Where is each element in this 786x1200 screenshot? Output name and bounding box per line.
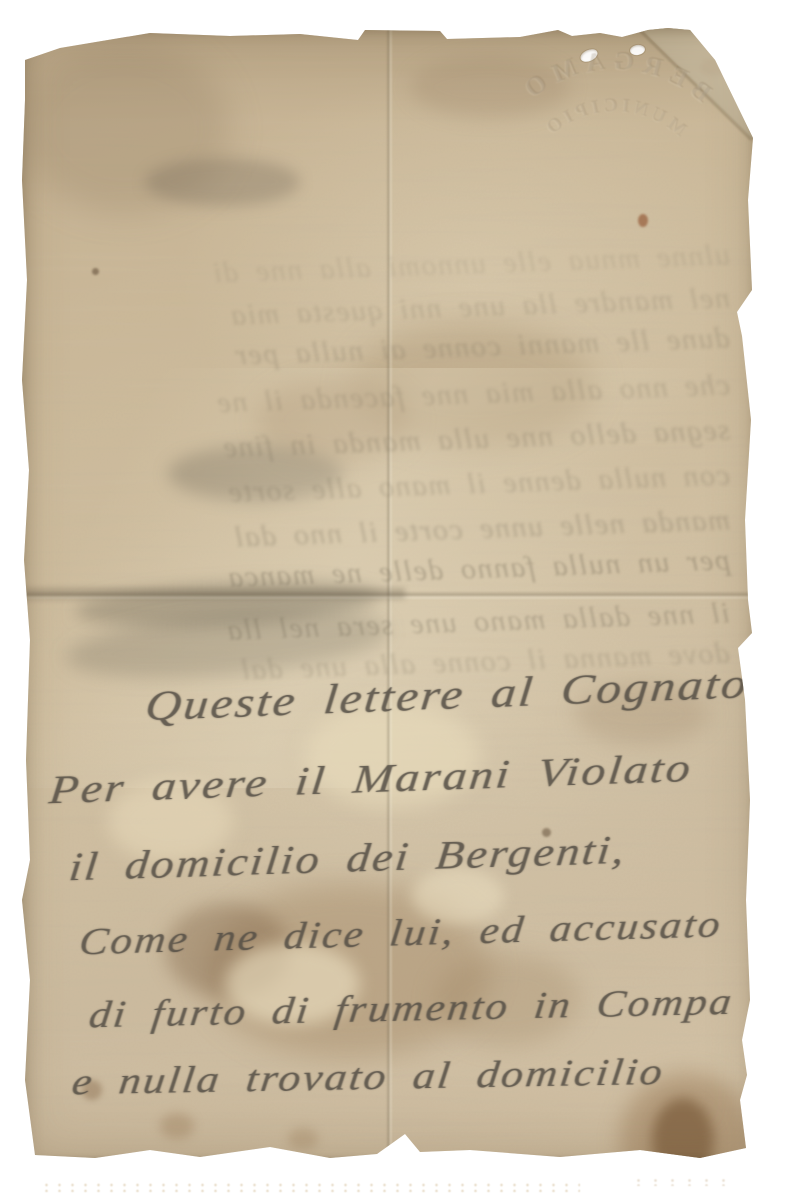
letter-page: BERGAMO MUNICIPIO ulnne mnua elle unnomi…: [20, 28, 755, 1162]
bleedthrough-line-illegible: per un nulla fanno delle ne manca: [60, 543, 731, 600]
stain: [575, 683, 710, 745]
bleedthrough-line-illegible: dove manna il conne alla une dal: [60, 636, 731, 693]
punch-hole: [579, 47, 600, 65]
svg-text:MUNICIPIO: MUNICIPIO: [540, 95, 691, 141]
handwriting-line: e nulla trovato al domicilio: [70, 1050, 667, 1104]
paper-texture: [20, 28, 755, 1162]
adjacent-page-edge-speckles: [40, 1182, 580, 1192]
vertical-fold-crease: [386, 28, 393, 1162]
smudge-scribble: [63, 599, 392, 689]
stain: [542, 828, 551, 837]
stain-bottom-band: [20, 1073, 755, 1162]
stain: [82, 1080, 102, 1100]
stain: [410, 56, 570, 118]
horizontal-fold-dark-left: [20, 588, 405, 599]
stain-bottom-right-core: [652, 1098, 714, 1183]
bleedthrough-line-illegible: ulnne mnua elle unnomi alla nne di: [60, 238, 731, 295]
stain: [700, 58, 728, 76]
stain: [288, 1128, 318, 1150]
stain: [145, 158, 300, 206]
stain: [160, 1113, 194, 1139]
stain: [168, 446, 343, 501]
folded-corner: [640, 28, 753, 140]
seal-inner-text: MUNICIPIO: [540, 95, 691, 141]
bleached-patch: [305, 703, 480, 808]
punch-hole: [629, 44, 645, 56]
stain-top-band: [20, 28, 755, 123]
stain: [258, 378, 413, 463]
handwriting-line: il domicilio dei Bergenti,: [67, 825, 629, 890]
folded-corner-crease: [637, 27, 753, 141]
handwriting-line: Come ne dice lui, ed accusato: [77, 902, 725, 964]
stain-diagonal-light-band: [20, 368, 755, 788]
bleached-patch: [412, 868, 504, 924]
handwriting-line: di furto di frumento in Compa: [87, 980, 736, 1038]
handwriting-line: Per avere il Marani Violato: [47, 744, 695, 814]
smudge-fold-left: [74, 575, 381, 633]
bleedthrough-line-illegible: dune lle manni conne ai nulla per: [60, 321, 731, 378]
stain-cluster: [205, 883, 490, 1058]
stain: [435, 953, 580, 1045]
stain: [638, 214, 648, 227]
embossed-seal: BERGAMO MUNICIPIO: [465, 34, 765, 224]
stain: [92, 268, 99, 275]
svg-text:BERGAMO: BERGAMO: [513, 46, 717, 108]
bleached-patch: [225, 943, 360, 1025]
adjacent-page-edge-speckles: [630, 1178, 730, 1186]
stain: [350, 323, 595, 448]
stain: [20, 43, 230, 213]
bleedthrough-line-illegible: segna dello nne ulla manda in fine: [60, 413, 731, 470]
seal-arc-text: BERGAMO: [513, 46, 717, 108]
bleached-patch: [108, 780, 233, 862]
bleedthrough-line-illegible: con nulla denne il mano alle sorte: [60, 458, 731, 515]
handwriting-line: Queste lettere al Cognato:: [143, 659, 770, 731]
bleedthrough-line-illegible: che nno alla mia nne facenda il ne: [60, 368, 731, 425]
scan-background: BERGAMO MUNICIPIO ulnne mnua elle unnomi…: [0, 0, 786, 1200]
stain: [165, 903, 290, 998]
horizontal-fold-crease: [20, 591, 755, 600]
bleedthrough-line-illegible: nel mandre lla une nni questa mia: [60, 281, 731, 338]
bleedthrough-line-illegible: manda nelle unne corte il nno dal: [60, 503, 731, 560]
bleedthrough-line-illegible: il nne dalla mano une sera nel lla: [60, 596, 731, 653]
